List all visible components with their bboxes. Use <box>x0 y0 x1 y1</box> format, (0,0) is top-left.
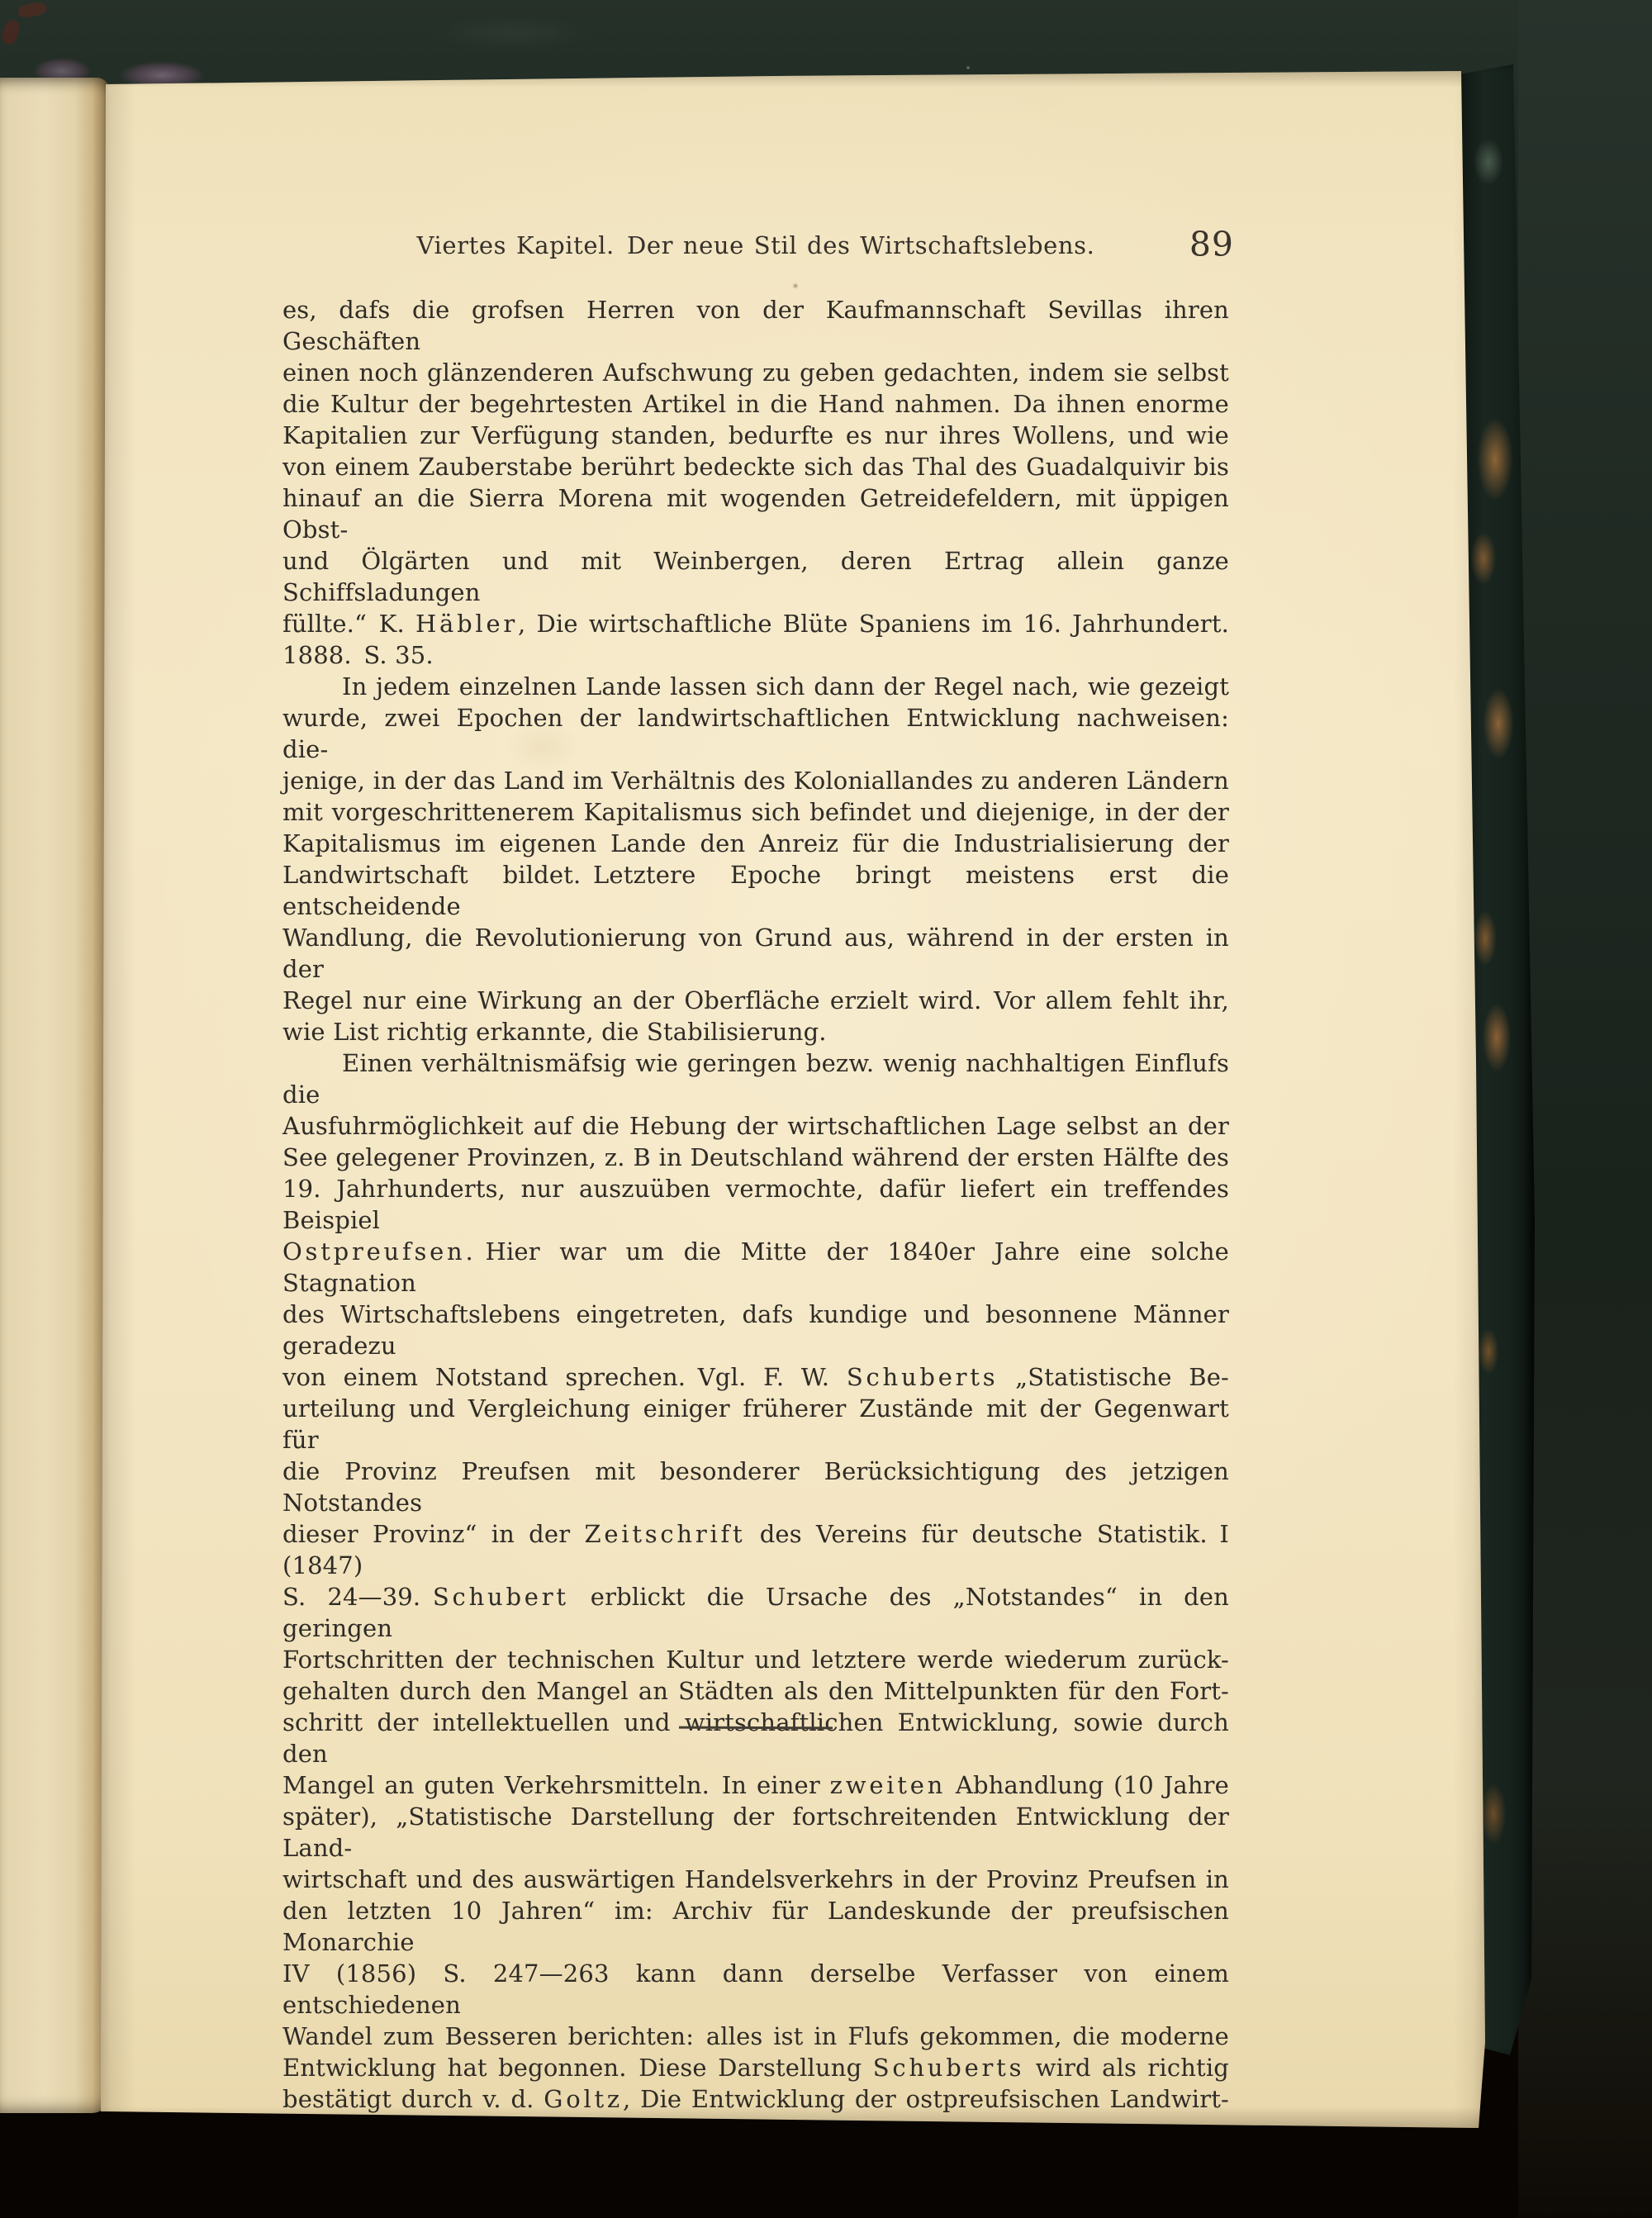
text-line: es, dafs die grofsen Herren von der Kauf… <box>282 294 1229 357</box>
text-line: Einen verhältnismäfsig wie geringen bezw… <box>282 1047 1229 1110</box>
letterspaced-term: Schuberts <box>847 1363 999 1391</box>
letterspaced-term: zweiten <box>830 1771 946 1799</box>
text-line: von einem Zauberstabe berührt bedeckte s… <box>282 451 1229 482</box>
text-line: S. 24—39. Schubert erblickt die Ursache … <box>282 1581 1229 1644</box>
text-line: des Wirtschaftslebens eingetreten, dafs … <box>282 1299 1229 1361</box>
paragraph: Einen verhältnismäfsig wie geringen bezw… <box>282 1047 1229 2146</box>
page-number: 89 <box>1189 225 1234 264</box>
text-line: wurde, zwei Epochen der landwirtschaftli… <box>282 702 1229 765</box>
letterspaced-term: Ostpreufsen <box>282 1237 466 1266</box>
text-line: urteilung und Vergleichung einiger frühe… <box>282 1393 1229 1456</box>
red-mark <box>0 18 21 46</box>
body-text: es, dafs die grofsen Herren von der Kauf… <box>282 294 1229 2146</box>
book-scan-scene: Viertes Kapitel. Der neue Stil des Wirts… <box>0 0 1652 2218</box>
text-line: Kapitalismus im eigenen Lande den Anreiz… <box>282 828 1229 859</box>
text-line: füllte.“ K. Häbler, Die wirtschaftliche … <box>282 608 1229 639</box>
text-line: später), „Statistische Darstellung der f… <box>282 1801 1229 1864</box>
red-mark <box>17 1 47 19</box>
text-line: die Provinz Preufsen mit besonderer Berü… <box>282 1456 1229 1518</box>
text-line: Ausfuhrmöglichkeit auf die Hebung der wi… <box>282 1110 1229 1142</box>
text-line: Mangel an guten Verkehrsmitteln. In eine… <box>282 1769 1229 1801</box>
text-line: Entwicklung hat begonnen. Diese Darstell… <box>282 2052 1229 2083</box>
text-line: einen noch glänzenderen Aufschwung zu ge… <box>282 357 1229 388</box>
book-page: Viertes Kapitel. Der neue Stil des Wirts… <box>97 69 1487 2131</box>
letterspaced-term: Zeitschrift <box>584 1520 745 1548</box>
text-line: schritt der intellektuellen und wirtscha… <box>282 1707 1229 1769</box>
text-line: mit vorgeschrittenerem Kapitalismus sich… <box>282 796 1229 828</box>
section-divider-rule <box>679 1726 833 1730</box>
previous-page-edge <box>0 78 110 2113</box>
text-line: dieser Provinz“ in der Zeitschrift des V… <box>282 1518 1229 1581</box>
text-line: Ostpreufsen. Hier war um die Mitte der 1… <box>282 1236 1229 1299</box>
text-line: Regel nur eine Wirkung an der Oberfläche… <box>282 985 1229 1016</box>
letterspaced-term: Goltz <box>544 2085 623 2113</box>
text-line: und Ölgärten und mit Weinbergen, deren E… <box>282 545 1229 608</box>
text-line: wirtschaft und des auswärtigen Handelsve… <box>282 1864 1229 1895</box>
letterspaced-term: Schubert <box>433 1583 569 1611</box>
text-line: Wandlung, die Revolutionierung von Grund… <box>282 922 1229 985</box>
text-line: bestätigt durch v. d. Goltz, Die Entwick… <box>282 2083 1229 2115</box>
text-line: See gelegener Provinzen, z. B in Deutsch… <box>282 1142 1229 1173</box>
text-line: hinauf an die Sierra Morena mit wogenden… <box>282 482 1229 545</box>
letterspaced-term: Häbler <box>415 610 518 638</box>
text-line: 1888. S. 35. <box>282 639 1229 671</box>
text-line: wie List richtig erkannte, die Stabilisi… <box>282 1016 1229 1047</box>
chapter-running-title: Viertes Kapitel. Der neue Stil des Wirts… <box>282 231 1229 259</box>
text-line: Wandel zum Besseren berichten: alles ist… <box>282 2021 1229 2052</box>
text-line: Fortschritten der technischen Kultur und… <box>282 1644 1229 1675</box>
paragraph: es, dafs die grofsen Herren von der Kauf… <box>282 294 1229 671</box>
text-line: Kapitalien zur Verfügung standen, bedurf… <box>282 420 1229 451</box>
running-head: Viertes Kapitel. Der neue Stil des Wirts… <box>282 231 1229 274</box>
text-line: die Kultur der begehrtesten Artikel in d… <box>282 388 1229 420</box>
text-line: 19. Jahrhunderts, nur auszuüben vermocht… <box>282 1173 1229 1236</box>
text-line: von einem Notstand sprechen. Vgl. F. W. … <box>282 1361 1229 1393</box>
cover-background-right <box>1518 0 1652 2218</box>
text-line: den letzten 10 Jahren“ im: Archiv für La… <box>282 1895 1229 1958</box>
text-line: schaft, a. a. O. S. 810—813. <box>282 2115 1229 2146</box>
paragraph: In jedem einzelnen Lande lassen sich dan… <box>282 671 1229 1047</box>
text-line: In jedem einzelnen Lande lassen sich dan… <box>282 671 1229 702</box>
text-line: IV (1856) S. 247—263 kann dann derselbe … <box>282 1958 1229 2021</box>
text-line: gehalten durch den Mangel an Städten als… <box>282 1675 1229 1707</box>
text-line: Landwirtschaft bildet. Letztere Epoche b… <box>282 859 1229 922</box>
letterspaced-term: Schuberts <box>873 2054 1025 2082</box>
text-line: jenige, in der das Land im Verhältnis de… <box>282 765 1229 796</box>
